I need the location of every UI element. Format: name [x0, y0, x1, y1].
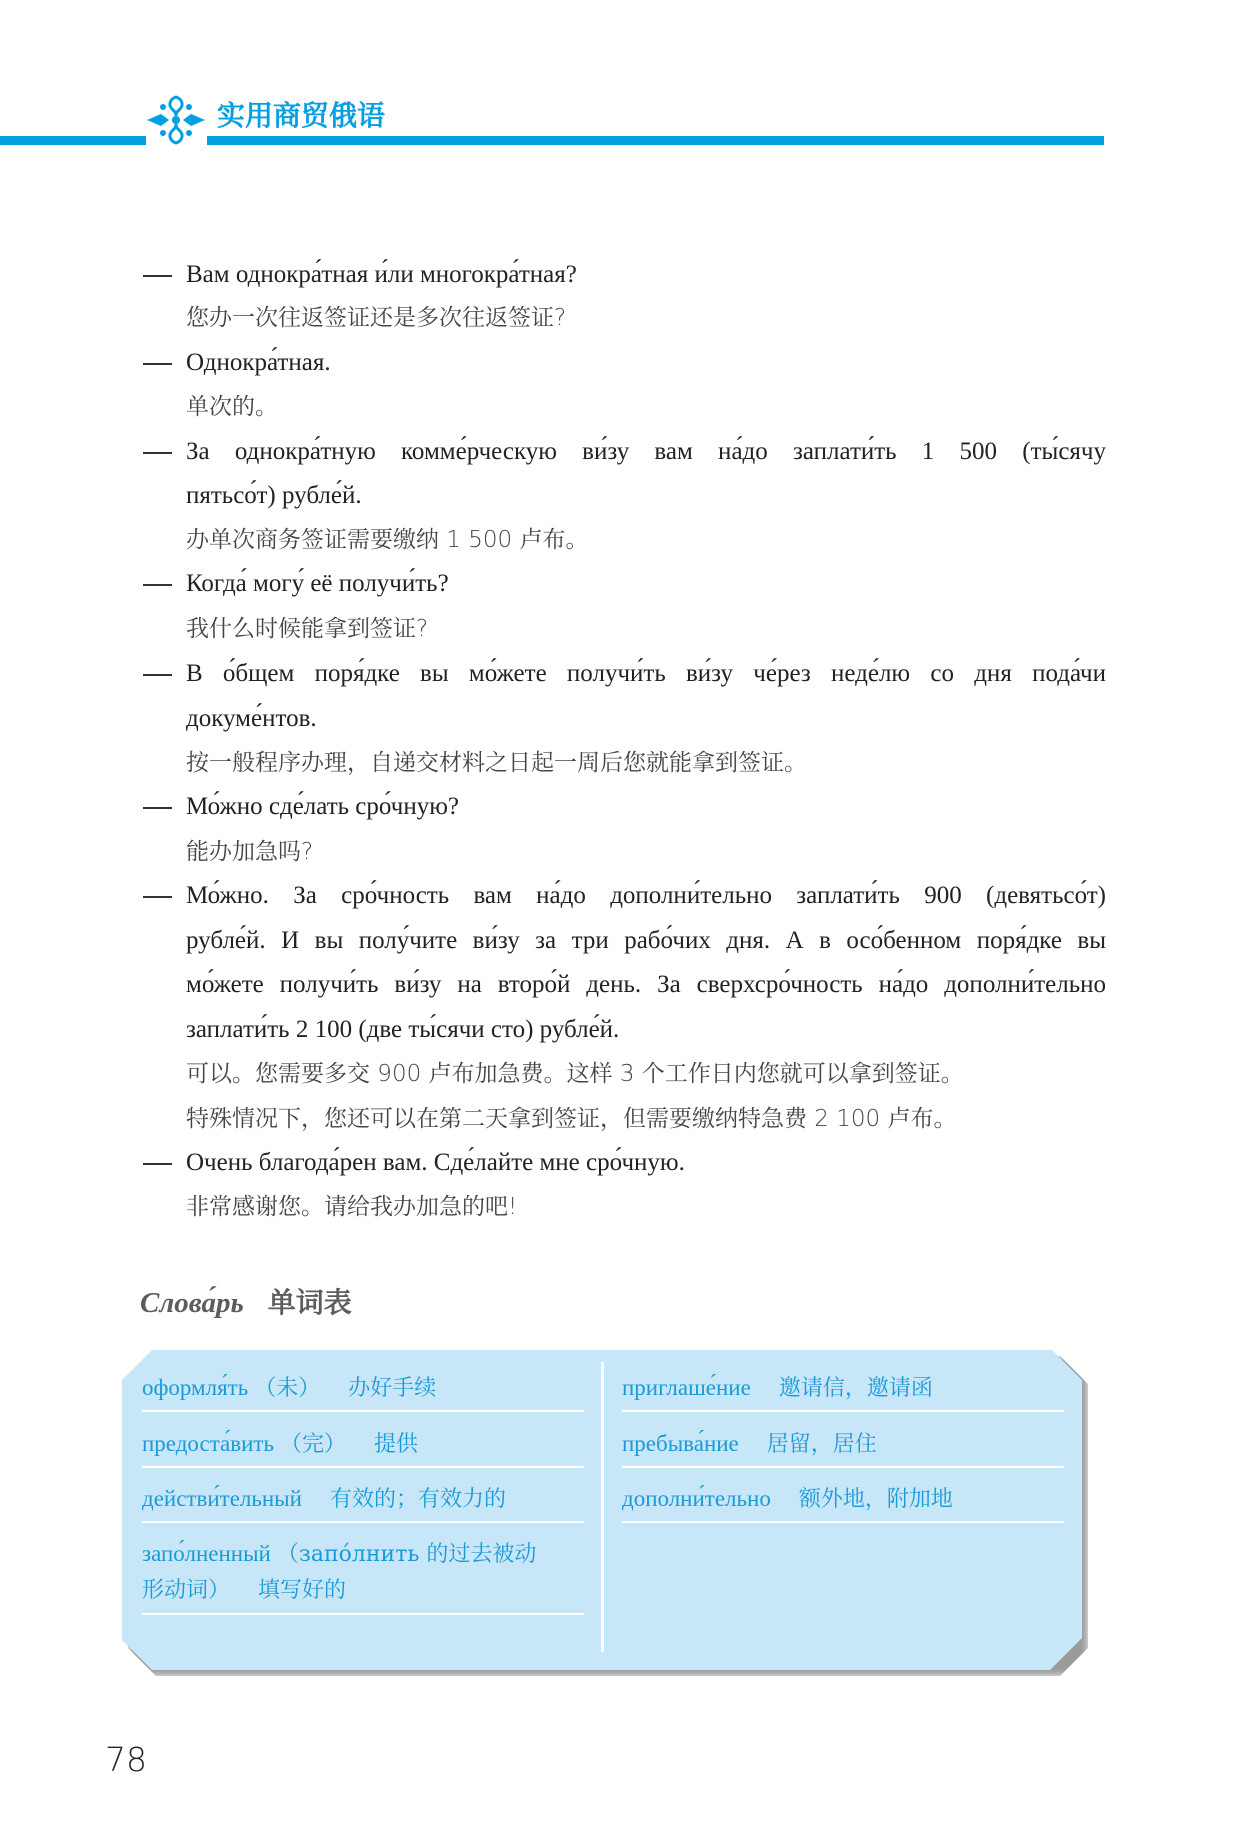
- dialogue-ru-line: Очень благода́рен вам. Сде́лайте мне сро…: [186, 1141, 1106, 1185]
- vocabulary-heading-ru: Слова́рь: [140, 1287, 244, 1319]
- speaker-dash: [143, 341, 173, 385]
- vocab-word: предоста́вить: [142, 1431, 274, 1456]
- vocab-aspect: 形动词）: [142, 1578, 230, 1603]
- dialogue-ru-line: В о́бщем поря́дке вы мо́жете получи́ть в…: [186, 652, 1106, 696]
- dialogue-ru-line: За однокра́тную комме́рческую ви́зу вам …: [186, 430, 1106, 474]
- vocab-entry: пребыва́ние居留，居住: [622, 1426, 877, 1463]
- speaker-dash: [143, 562, 173, 606]
- dialogue-ru-line: Когда́ могу́ её получи́ть?: [186, 562, 1106, 606]
- dialogue-ru-line: рубле́й. И вы полу́чите ви́зу за три раб…: [186, 919, 1106, 963]
- vocab-entry: дополни́тельно额外地，附加地: [622, 1481, 953, 1518]
- dialogue-ru-line: Мо́жно сде́лать сро́чную?: [186, 785, 1106, 829]
- vocab-translation: 邀请信，邀请函: [779, 1376, 933, 1401]
- vocab-word: оформля́ть: [142, 1375, 248, 1400]
- vocab-translation: 额外地，附加地: [799, 1487, 953, 1512]
- dialogue-ru-line: Мо́жно. За сро́чность вам на́до дополни́…: [186, 874, 1106, 918]
- header-rule-left: [0, 136, 146, 145]
- vocab-aspect: （完）: [280, 1432, 346, 1457]
- vocabulary-heading: Слова́рь单词表: [140, 1283, 352, 1323]
- dialogue-zh-line: 非常感谢您。请给我办加急的吧!: [186, 1185, 1106, 1229]
- page-number: 78: [105, 1740, 147, 1780]
- vocab-word: действи́тельный: [142, 1486, 302, 1511]
- vocab-translation: 办好手续: [348, 1376, 436, 1401]
- vocabulary-heading-zh: 单词表: [268, 1286, 352, 1319]
- row-rule: [622, 1410, 1064, 1412]
- dialogue-zh-line: 特殊情况下，您还可以在第二天拿到签证，但需要缴纳特急费 2 100 卢布。: [186, 1097, 1106, 1141]
- dialogue-zh-line: 能办加急吗?: [186, 830, 1106, 874]
- dialogue-ru-line: мо́жете получи́ть ви́зу на второ́й день.…: [186, 963, 1106, 1007]
- dialogue-zh-line: 按一般程序办理，自递交材料之日起一周后您就能拿到签证。: [186, 741, 1106, 785]
- vocabulary-box: оформля́ть（未）办好手续 предоста́вить（完）提供 дей…: [122, 1350, 1082, 1670]
- vocab-entry: запо́лненный（запо́лнить 的过去被动: [142, 1536, 536, 1573]
- dialogue-zh-line: 我什么时候能拿到签证?: [186, 607, 1106, 651]
- vocab-translation: 居留，居住: [767, 1432, 877, 1457]
- vocab-entry: приглаше́ние邀请信，邀请函: [622, 1370, 933, 1407]
- vocab-translation: 提供: [374, 1432, 418, 1457]
- speaker-dash: [143, 652, 173, 696]
- vocab-translation: 有效的；有效力的: [330, 1487, 506, 1512]
- row-rule: [142, 1410, 584, 1412]
- dialogue-zh-line: 您办一次往返签证还是多次往返签证?: [186, 296, 1106, 340]
- dialogue-ru-line: Однокра́тная.: [186, 341, 1106, 385]
- row-rule: [142, 1613, 584, 1615]
- speaker-dash: [143, 785, 173, 829]
- dialogue-zh-line: 办单次商务签证需要缴纳 1 500 卢布。: [186, 518, 1106, 562]
- snowflake-ornament-icon: [145, 93, 207, 147]
- vocab-word: приглаше́ние: [622, 1375, 751, 1400]
- vocab-entry: оформля́ть（未）办好手续: [142, 1370, 436, 1407]
- vocab-entry: предоста́вить（完）提供: [142, 1426, 418, 1463]
- vocab-aspect: （未）: [254, 1376, 320, 1401]
- speaker-dash: [143, 253, 173, 297]
- row-rule: [142, 1521, 584, 1523]
- dialogue-zh-line: 可以。您需要多交 900 卢布加急费。这样 3 个工作日内您就可以拿到签证。: [186, 1052, 1106, 1096]
- header-rule-right: [207, 136, 1104, 145]
- dialogue-ru-line: докуме́нтов.: [186, 697, 1106, 741]
- vocab-word: запо́лненный: [142, 1541, 271, 1566]
- dialogue-ru-line: Вам однокра́тная и́ли многокра́тная?: [186, 253, 1106, 297]
- dialogue-zh-line: 单次的。: [186, 385, 1106, 429]
- vocab-word: дополни́тельно: [622, 1486, 771, 1511]
- vocab-translation: 填写好的: [258, 1578, 346, 1603]
- row-rule: [622, 1466, 1064, 1468]
- vocab-word: пребыва́ние: [622, 1431, 739, 1456]
- speaker-dash: [143, 874, 173, 918]
- vocab-entry-continued: 形动词）填写好的: [142, 1572, 346, 1609]
- speaker-dash: [143, 430, 173, 474]
- vocab-aspect: （запо́лнить 的过去被动: [277, 1542, 536, 1567]
- row-rule: [142, 1466, 584, 1468]
- row-rule: [622, 1521, 1064, 1523]
- dialogue-ru-line: пятьсо́т) рубле́й.: [186, 474, 1106, 518]
- vocab-entry: действи́тельный有效的；有效力的: [142, 1481, 506, 1518]
- book-title: 实用商贸俄语: [217, 98, 385, 134]
- column-divider: [601, 1362, 604, 1652]
- dialogue-ru-line: заплати́ть 2 100 (две ты́сячи сто) рубле…: [186, 1008, 1106, 1052]
- speaker-dash: [143, 1141, 173, 1185]
